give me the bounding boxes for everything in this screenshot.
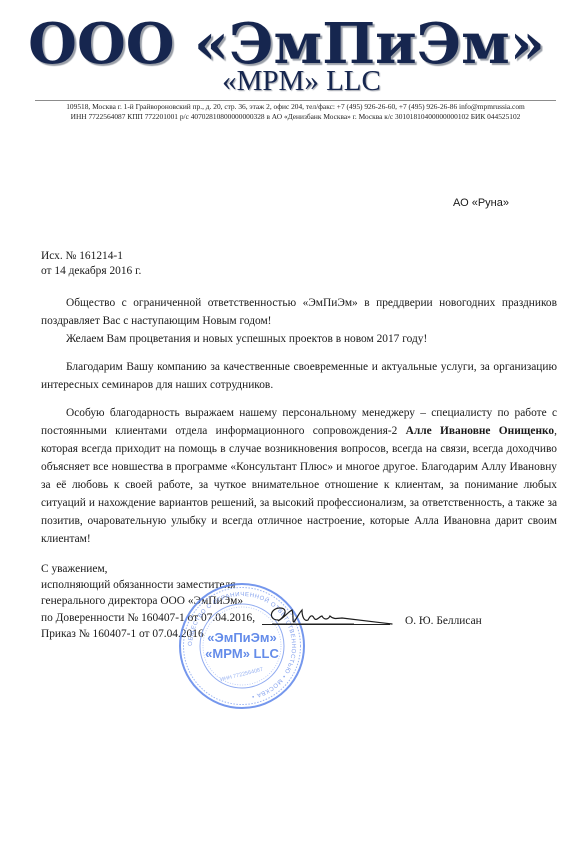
letterhead-bank-details: ИНН 7722564087 КПП 772201001 р/с 4070281… xyxy=(35,112,556,122)
handwritten-signature-icon xyxy=(264,604,394,628)
paragraph-thanks-company: Благодарим Вашу компанию за качественные… xyxy=(41,358,557,394)
paragraph-greeting: Общество с ограниченной ответственностью… xyxy=(41,294,557,330)
stamp-name-en: «MPM» LLC xyxy=(205,646,279,661)
stamp-inn: ИНН 7722564087 xyxy=(220,667,264,683)
outgoing-number: Исх. № 161214-1 xyxy=(41,248,123,264)
letterhead-divider xyxy=(35,100,556,101)
stamp-name-ru: «ЭмПиЭм» xyxy=(207,630,277,645)
manager-name: Алле Ивановне Онищенко xyxy=(406,425,554,437)
signer-name: О. Ю. Беллисан xyxy=(405,615,482,627)
company-stamp-icon: ОБЩЕСТВО С ОГРАНИЧЕННОЙ ОТВЕТСТВЕННОСТЬЮ… xyxy=(178,582,306,710)
paragraph-wishes: Желаем Вам процветания и новых успешных … xyxy=(41,330,557,348)
manager-thanks-text-end: , которая всегда приходит на помощь в сл… xyxy=(41,425,557,545)
paragraph-thanks-manager: Особую благодарность выражаем нашему пер… xyxy=(41,404,557,548)
letterhead-subtitle: «MPM» LLC xyxy=(0,66,573,96)
closing-salutation: С уважением, xyxy=(41,561,255,577)
addressee: АО «Руна» xyxy=(453,197,509,209)
letter-date: от 14 декабря 2016 г. xyxy=(41,263,141,279)
letter-page: ООО «ЭмПиЭм» «MPM» LLC 109518, Москва г.… xyxy=(0,0,573,852)
letterhead-address: 109518, Москва г. 1-й Грайвороновский пр… xyxy=(35,102,556,112)
